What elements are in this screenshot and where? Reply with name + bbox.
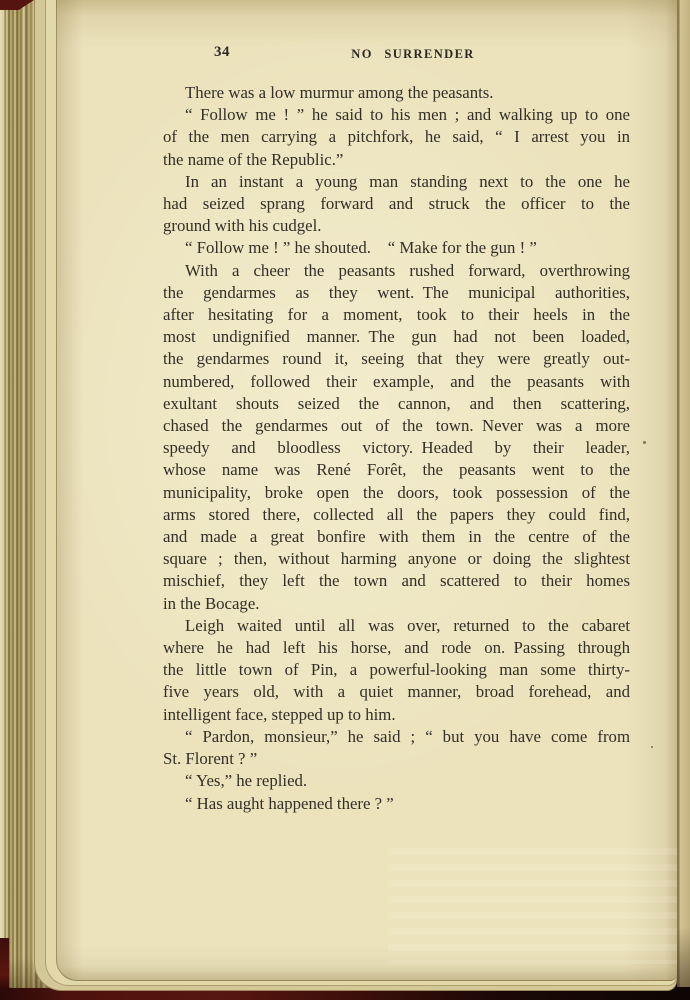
next-page-right-sliver — [677, 0, 690, 987]
text-line: and made a great bonfire with them in th… — [163, 526, 630, 548]
text-line: most undignified manner. The gun had not… — [163, 326, 630, 348]
text-line: arms stored there, collected all the pap… — [163, 504, 630, 526]
text-line: square ; then, without harming anyone or… — [163, 548, 630, 570]
text-line: With a cheer the peasants rushed forward… — [163, 260, 630, 282]
text-line: chased the gendarmes out of the town. Ne… — [163, 415, 630, 437]
cover-edge-bottom-left — [0, 938, 9, 990]
text-line: whose name was René Forêt, the peasants … — [163, 459, 630, 481]
text-line: after hesitating for a moment, took to t… — [163, 304, 630, 326]
text-line: numbered, followed their example, and th… — [163, 371, 630, 393]
text-line: ground with his cudgel. — [163, 215, 630, 237]
scan-speck — [651, 746, 653, 748]
text-line: “ Follow me ! ” he said to his men ; and… — [163, 104, 630, 126]
text-line: the gendarmes round it, seeing that they… — [163, 348, 630, 370]
text-line: the name of the Republic.” — [163, 149, 630, 171]
text-line: “ Pardon, monsieur,” he said ; “ but you… — [163, 726, 630, 748]
text-line: There was a low murmur among the peasant… — [163, 82, 630, 104]
page-number: 34 — [214, 44, 230, 61]
text-line: In an instant a young man standing next … — [163, 171, 630, 193]
text-line: “ Has aught happened there ? ” — [163, 793, 630, 815]
text-line: in the Bocage. — [163, 593, 630, 615]
text-line: the little town of Pin, a powerful-looki… — [163, 659, 630, 681]
text-line: the gendarmes as they went. The municipa… — [163, 282, 630, 304]
text-line: speedy and bloodless victory. Headed by … — [163, 437, 630, 459]
text-line: “ Follow me ! ” he shouted. “ Make for t… — [163, 237, 630, 259]
text-line: St. Florent ? ” — [163, 748, 630, 770]
text-line: five years old, with a quiet manner, bro… — [163, 681, 630, 703]
text-line: of the men carrying a pitchfork, he said… — [163, 126, 630, 148]
text-line: Leigh waited until all was over, returne… — [163, 615, 630, 637]
text-line: municipality, broke open the doors, took… — [163, 482, 630, 504]
page-text: There was a low murmur among the peasant… — [163, 82, 630, 815]
scan-speck — [643, 441, 646, 444]
text-line: exultant shouts seized the cannon, and t… — [163, 393, 630, 415]
text-line: “ Yes,” he replied. — [163, 770, 630, 792]
text-line: had seized sprang forward and struck the… — [163, 193, 630, 215]
running-title: NO SURRENDER — [329, 47, 497, 62]
text-line: where he had left his horse, and rode on… — [163, 637, 630, 659]
text-line: intelligent face, stepped up to him. — [163, 704, 630, 726]
text-line: mischief, they left the town and scatter… — [163, 570, 630, 592]
